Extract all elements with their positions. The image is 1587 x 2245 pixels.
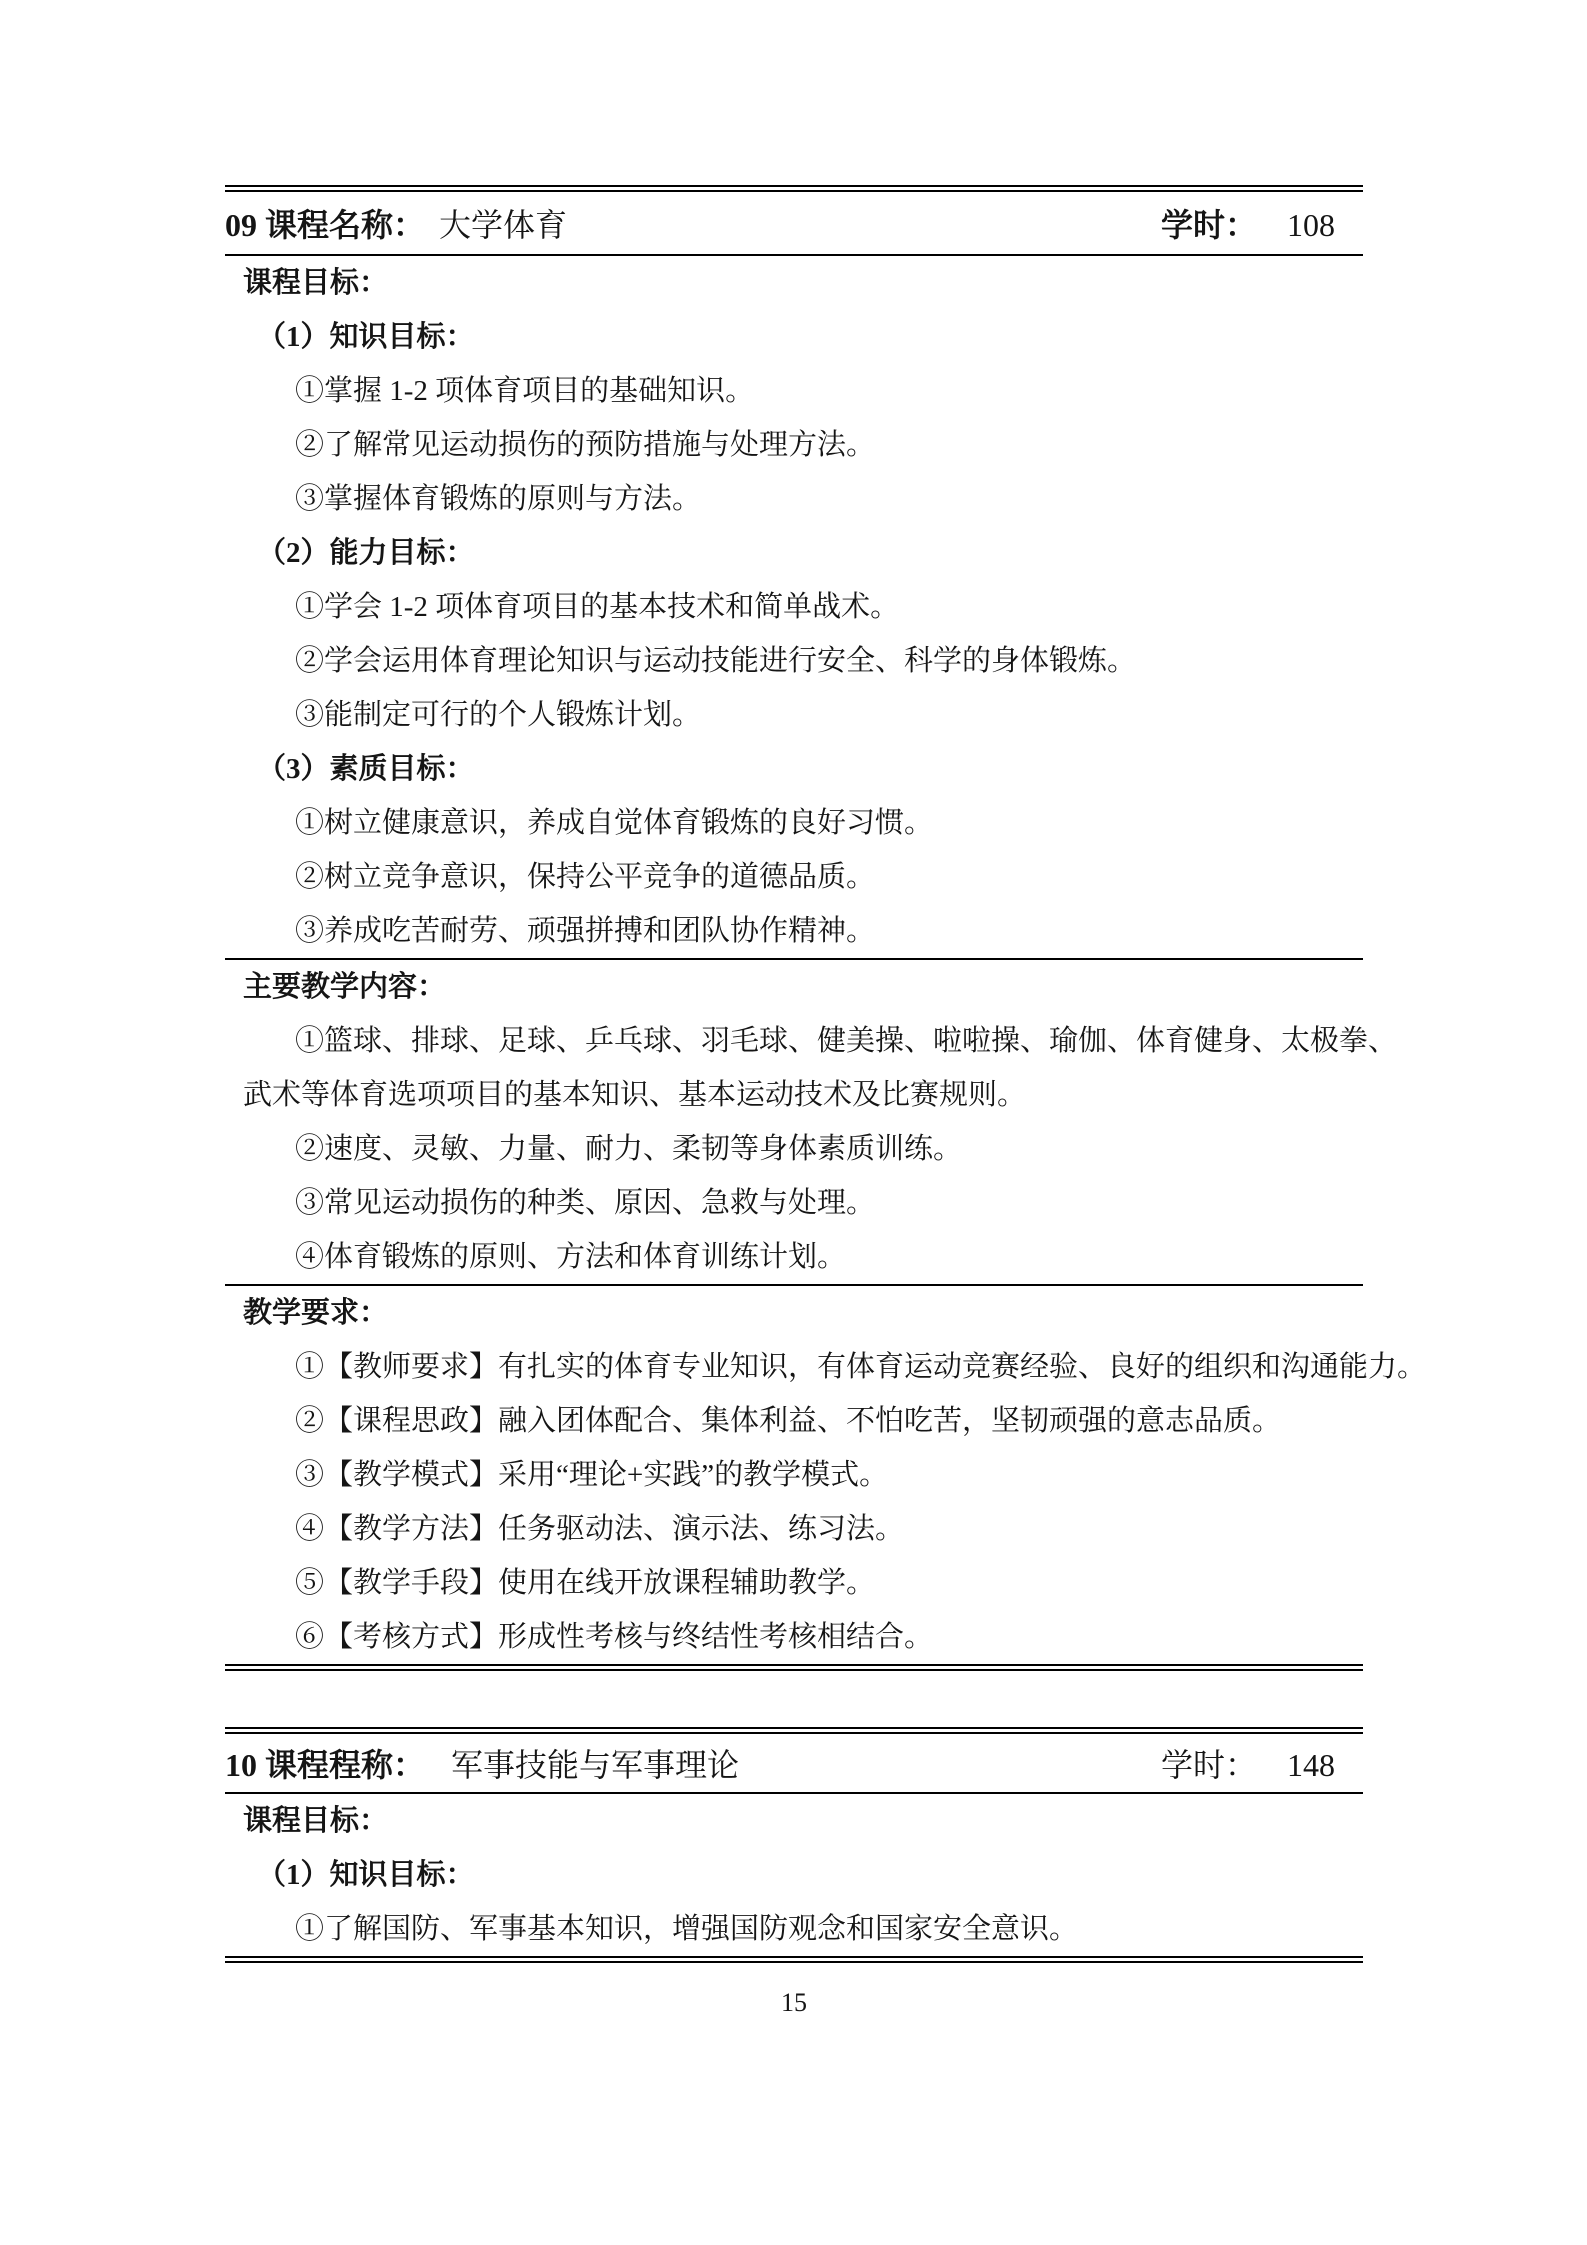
section-title-objectives: 课程目标：: [225, 256, 1455, 310]
course-09-hours-value: 108: [1287, 207, 1335, 244]
course-09-hours-label: 学时：: [1161, 200, 1257, 246]
requirement-item: ③【教学模式】采用“理论+实践”的教学模式。: [225, 1448, 1455, 1502]
content-item: ③常见运动损伤的种类、原因、急救与处理。: [225, 1176, 1455, 1230]
course-10-hours-label: 学时：: [1161, 1740, 1257, 1786]
objective-item: ③掌握体育锻炼的原则与方法。: [225, 472, 1455, 526]
objective-item: ②树立竞争意识，保持公平竞争的道德品质。: [225, 850, 1455, 904]
content-item-continuation: 武术等体育选项项目的基本知识、基本运动技术及比赛规则。: [225, 1068, 1455, 1122]
objective-item: ①树立健康意识，养成自觉体育锻炼的良好习惯。: [225, 796, 1455, 850]
content-item: ①篮球、排球、足球、乒乓球、羽毛球、健美操、啦啦操、瑜伽、体育健身、太极拳、: [225, 1014, 1455, 1068]
subsection-ability: （2）能力目标：: [225, 526, 1455, 580]
section-title-requirements: 教学要求：: [225, 1286, 1455, 1340]
course-09-hours: 学时： 108: [1161, 200, 1335, 246]
objective-item: ①学会 1-2 项体育项目的基本技术和简单战术。: [225, 580, 1455, 634]
objective-item: ③养成吃苦耐劳、顽强拼搏和团队协作精神。: [225, 904, 1455, 958]
requirement-item: ①【教师要求】有扎实的体育专业知识，有体育运动竞赛经验、良好的组织和沟通能力。: [225, 1340, 1455, 1394]
block-spacer: [225, 1671, 1455, 1727]
block-09-bottom-rule: [225, 1664, 1363, 1671]
content-item: ④体育锻炼的原则、方法和体育训练计划。: [225, 1230, 1455, 1284]
section-title-content: 主要教学内容：: [225, 960, 1455, 1014]
objective-item: ②了解常见运动损伤的预防措施与处理方法。: [225, 418, 1455, 472]
course-10-header-row: 10 课程程称： 军事技能与军事理论 学时： 148: [225, 1734, 1363, 1792]
course-09-title: 09 课程名称： 大学体育: [225, 200, 567, 246]
page-number: 15: [225, 1988, 1363, 2018]
requirement-item: ②【课程思政】融入团体配合、集体利益、不怕吃苦，坚韧顽强的意志品质。: [225, 1394, 1455, 1448]
course-10-index-label: 10 课程程称：: [225, 1740, 425, 1786]
subsection-knowledge: （1）知识目标：: [225, 1848, 1455, 1902]
course-10-hours-value: 148: [1287, 1747, 1335, 1784]
objective-item: ①了解国防、军事基本知识，增强国防观念和国家安全意识。: [225, 1902, 1455, 1956]
course-09-header-row: 09 课程名称： 大学体育 学时： 108: [225, 192, 1363, 254]
section-title-objectives: 课程目标：: [225, 1794, 1455, 1848]
course-syllabus-content: 09 课程名称： 大学体育 学时： 108 课程目标： （1）知识目标： ①掌握…: [225, 185, 1455, 1963]
top-double-rule: [225, 185, 1363, 192]
course-09-index-label: 09 课程名称：: [225, 200, 425, 246]
requirement-item: ⑥【考核方式】形成性考核与终结性考核相结合。: [225, 1610, 1455, 1664]
requirement-item: ④【教学方法】任务驱动法、演示法、练习法。: [225, 1502, 1455, 1556]
subsection-quality: （3）素质目标：: [225, 742, 1455, 796]
requirement-item: ⑤【教学手段】使用在线开放课程辅助教学。: [225, 1556, 1455, 1610]
subsection-knowledge: （1）知识目标：: [225, 310, 1455, 364]
course-09-name: 大学体育: [439, 200, 567, 246]
course-10-hours: 学时： 148: [1161, 1740, 1335, 1786]
block-10-top-rule: [225, 1727, 1363, 1734]
content-item: ②速度、灵敏、力量、耐力、柔韧等身体素质训练。: [225, 1122, 1455, 1176]
objective-item: ③能制定可行的个人锻炼计划。: [225, 688, 1455, 742]
course-10-name: 军事技能与军事理论: [451, 1740, 739, 1786]
objective-item: ①掌握 1-2 项体育项目的基础知识。: [225, 364, 1455, 418]
block-10-bottom-rule: [225, 1956, 1363, 1963]
document-page: 09 课程名称： 大学体育 学时： 108 课程目标： （1）知识目标： ①掌握…: [0, 0, 1587, 2245]
course-10-title: 10 课程程称： 军事技能与军事理论: [225, 1740, 739, 1786]
objective-item: ②学会运用体育理论知识与运动技能进行安全、科学的身体锻炼。: [225, 634, 1455, 688]
